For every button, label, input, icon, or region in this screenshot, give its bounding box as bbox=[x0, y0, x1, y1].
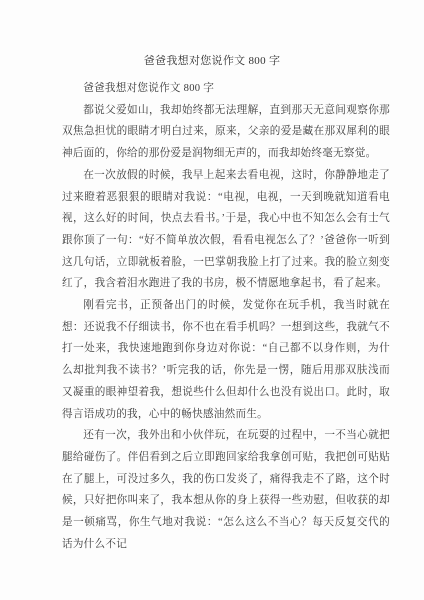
paragraph-title-line: 爸爸我想对您说作文 800 字 bbox=[62, 78, 390, 100]
paragraph-tv-story: 在一次放假的时候，我早上起来去看电视，这时，你静静地走了过来瞪着恶狠狠的眼睛对我… bbox=[62, 165, 390, 295]
paragraph-injury-story: 还有一次，我外出和小伙伴玩，在玩耍的过程中，一不当心就把腿给碰伤了。伴侣看到之后… bbox=[62, 425, 390, 555]
document-page: 爸爸我想对您说作文 800 字 爸爸我想对您说作文 800 字 都说父爱如山，我… bbox=[0, 0, 424, 600]
document-title: 爸爸我想对您说作文 800 字 bbox=[0, 0, 424, 72]
paragraph-phone-story: 刚看完书，正预备出门的时候，发觉你在玩手机，我当时就在想：还说我不仔细读书，你不… bbox=[62, 295, 390, 425]
paragraph-intro: 都说父爱如山，我却始终都无法理解，直到那天无意间观察你那双焦急担忧的眼睛才明白过… bbox=[62, 100, 390, 165]
document-body: 爸爸我想对您说作文 800 字 都说父爱如山，我却始终都无法理解，直到那天无意间… bbox=[0, 72, 424, 555]
